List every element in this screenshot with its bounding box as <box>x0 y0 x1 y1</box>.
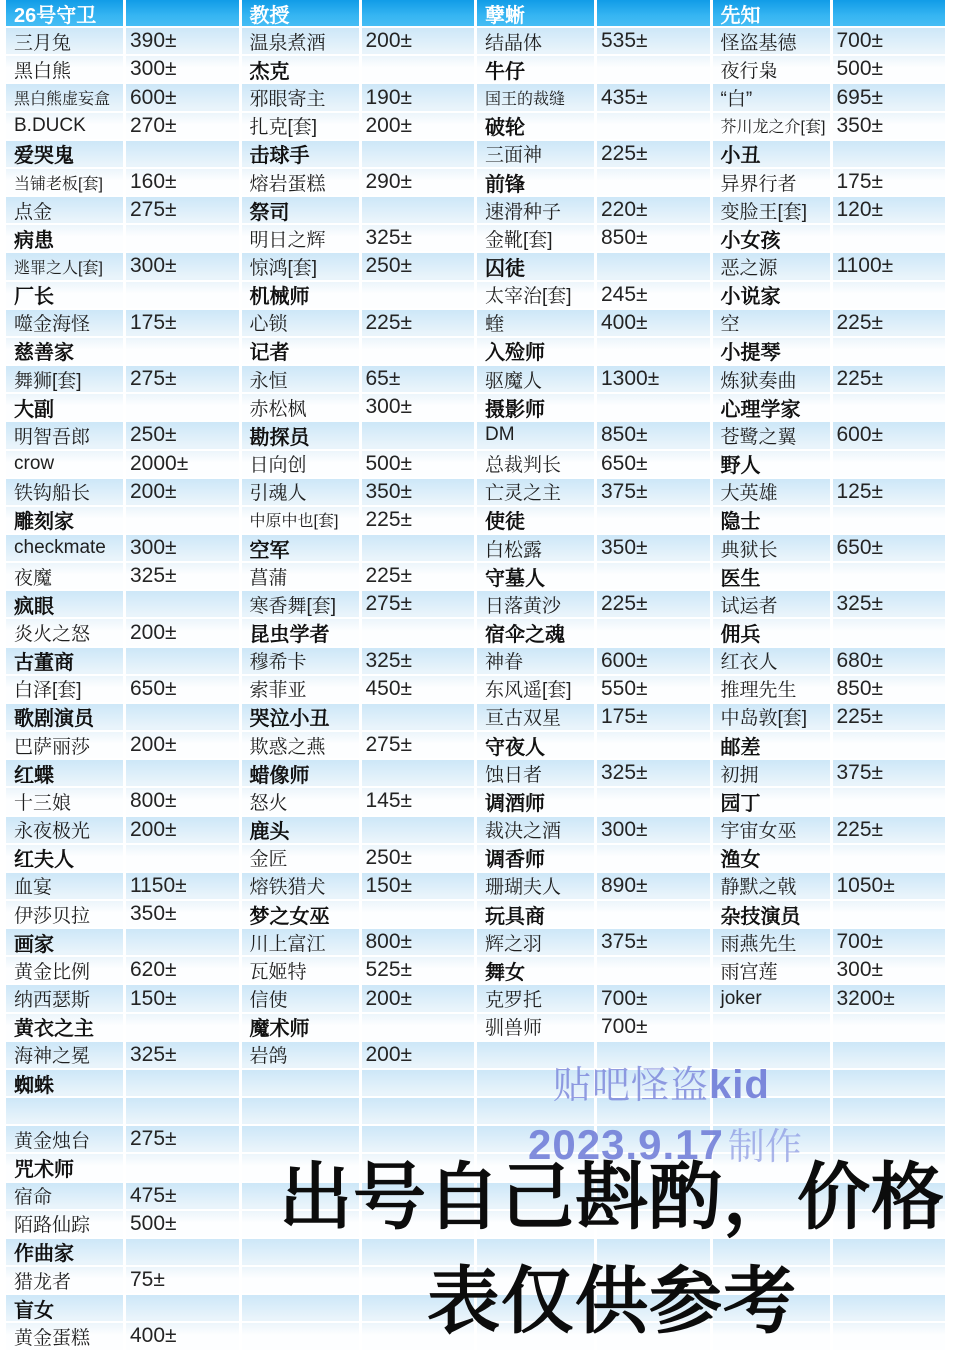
category-row: 蜘蛛 <box>6 1070 242 1098</box>
skin-row: 陌路仙踪500± <box>6 1211 242 1239</box>
price-cell: 250± <box>362 253 478 281</box>
price-cell <box>362 817 478 845</box>
category-row: 囚徒 <box>477 253 713 281</box>
name-cell: 永夜极光 <box>6 817 126 845</box>
skin-label: 当铺老板[套] <box>14 171 103 194</box>
name-cell: 亘古双星 <box>477 704 597 732</box>
skin-row: 明日之辉325± <box>242 225 478 253</box>
skin-row: 怒火145± <box>242 788 478 816</box>
name-cell: 逃罪之人[套] <box>6 253 126 281</box>
name-cell: joker <box>713 985 833 1013</box>
price-cell: 325± <box>362 225 478 253</box>
skin-label: 川上富江 <box>250 929 326 956</box>
skin-row: 舞狮[套]275± <box>6 366 242 394</box>
price-cell <box>833 619 949 647</box>
name-cell: 爱哭鬼 <box>6 141 126 169</box>
skin-label: 神眷 <box>485 647 523 674</box>
name-cell: 恶之源 <box>713 253 833 281</box>
skin-label: 初拥 <box>721 760 759 787</box>
name-cell: 园丁 <box>713 788 833 816</box>
skin-row: 白泽[套]650± <box>6 676 242 704</box>
price-cell <box>833 394 949 422</box>
price-cell <box>833 141 949 169</box>
price-cell <box>126 648 242 676</box>
empty-row <box>242 1154 478 1182</box>
name-cell: 舞女 <box>477 957 597 985</box>
skin-row: 结晶体535± <box>477 28 713 56</box>
category-row: 黄衣之主 <box>6 1014 242 1042</box>
empty-row <box>242 1323 478 1351</box>
name-cell: 佣兵 <box>713 619 833 647</box>
skin-label: B.DUCK <box>14 115 86 137</box>
category-label: 爱哭鬼 <box>14 139 74 168</box>
price-cell <box>833 1070 949 1098</box>
price-cell: 275± <box>362 732 478 760</box>
skin-label: 扎克[套] <box>250 112 318 139</box>
price-cell: 200± <box>126 619 242 647</box>
empty-row <box>477 1042 713 1070</box>
column-pair-2: 教授温泉煮酒200±杰克邪眼寄主190±扎克[套]200±击球手熔岩蛋糕290±… <box>242 0 478 1352</box>
empty-row <box>242 1183 478 1211</box>
category-label: 园丁 <box>721 787 761 816</box>
price-cell: 850± <box>833 676 949 704</box>
skin-row: 珊瑚夫人890± <box>477 873 713 901</box>
price-cell: 435± <box>597 84 713 112</box>
name-cell: 金靴[套] <box>477 225 597 253</box>
name-cell <box>242 1098 362 1126</box>
price-cell <box>597 901 713 929</box>
category-label: 守夜人 <box>485 731 545 760</box>
name-cell: 陌路仙踪 <box>6 1211 126 1239</box>
category-label: 昆虫学者 <box>250 618 330 647</box>
price-cell <box>833 1126 949 1154</box>
name-cell: 岩鸽 <box>242 1042 362 1070</box>
skin-row: 裁决之酒300± <box>477 817 713 845</box>
name-cell: 红衣人 <box>713 648 833 676</box>
skin-row: 十三娘800± <box>6 788 242 816</box>
price-cell: 350± <box>126 901 242 929</box>
category-row: 鹿头 <box>242 817 478 845</box>
name-cell: B.DUCK <box>6 113 126 141</box>
column-pair-3: 孽蜥结晶体535±牛仔国王的裁缝435±破轮三面神225±前锋速滑种子220±金… <box>477 0 713 1352</box>
empty-row <box>713 1295 949 1323</box>
price-cell <box>362 760 478 788</box>
category-label: 使徒 <box>485 505 525 534</box>
name-cell: 试运者 <box>713 591 833 619</box>
name-cell: 速滑种子 <box>477 197 597 225</box>
price-cell <box>597 1183 713 1211</box>
empty-row <box>477 1098 713 1126</box>
skin-label: 芥川龙之介[套] <box>721 114 826 137</box>
name-cell: 守夜人 <box>477 732 597 760</box>
name-cell: 国王的裁缝 <box>477 84 597 112</box>
name-cell: 纳西瑟斯 <box>6 985 126 1013</box>
skin-label: 克罗托 <box>485 985 542 1012</box>
name-cell: 歌剧演员 <box>6 704 126 732</box>
skin-row: 穆希卡325± <box>242 648 478 676</box>
skin-row: B.DUCK270± <box>6 113 242 141</box>
skin-label: 大英雄 <box>721 478 778 505</box>
price-cell: 300± <box>362 394 478 422</box>
category-label: 破轮 <box>485 111 525 140</box>
skin-label: 金匠 <box>250 844 288 871</box>
category-label: 摄影师 <box>485 393 545 422</box>
price-cell <box>833 788 949 816</box>
category-label: 哭泣小丑 <box>250 702 330 731</box>
name-cell <box>242 1070 362 1098</box>
name-cell: 信使 <box>242 985 362 1013</box>
price-cell <box>126 704 242 732</box>
name-cell <box>477 1267 597 1295</box>
skin-label: 熔岩蛋糕 <box>250 169 326 196</box>
price-cell: 620± <box>126 957 242 985</box>
skin-row: 神眷600± <box>477 648 713 676</box>
name-cell: 异界行者 <box>713 169 833 197</box>
skin-row: DM850± <box>477 422 713 450</box>
skin-row: 海神之冕325± <box>6 1042 242 1070</box>
price-cell: 800± <box>126 788 242 816</box>
name-cell: 典狱长 <box>713 535 833 563</box>
name-cell <box>242 1154 362 1182</box>
skin-row: 中原中也[套]225± <box>242 507 478 535</box>
price-cell <box>597 1211 713 1239</box>
name-cell: 索菲亚 <box>242 676 362 704</box>
skin-row: 亘古双星175± <box>477 704 713 732</box>
empty-row <box>242 1211 478 1239</box>
category-row: 机械师 <box>242 282 478 310</box>
empty-row <box>713 1098 949 1126</box>
name-cell: 巴萨丽莎 <box>6 732 126 760</box>
name-cell: 赤松枫 <box>242 394 362 422</box>
name-cell: 勘探员 <box>242 422 362 450</box>
name-cell: 梦之女巫 <box>242 901 362 929</box>
skin-row: 推理先生850± <box>713 676 949 704</box>
skin-label: 点金 <box>14 197 52 224</box>
category-row: 慈善家 <box>6 338 242 366</box>
skin-label: 海神之冕 <box>14 1041 90 1068</box>
category-row: 咒术师 <box>6 1154 242 1182</box>
price-cell <box>362 1239 478 1267</box>
skin-label: 心锁 <box>250 309 288 336</box>
skin-row: 三月兔390± <box>6 28 242 56</box>
skin-label: 裁决之酒 <box>485 816 561 843</box>
price-cell <box>362 197 478 225</box>
name-cell: 雨燕先生 <box>713 929 833 957</box>
name-cell: “白” <box>713 84 833 112</box>
skin-row: 白松露350± <box>477 535 713 563</box>
price-cell <box>597 957 713 985</box>
category-row: 盲女 <box>6 1295 242 1323</box>
name-cell: 厂长 <box>6 282 126 310</box>
name-cell: 铁钩船长 <box>6 479 126 507</box>
empty-row <box>477 1070 713 1098</box>
name-cell: 魔术师 <box>242 1014 362 1042</box>
category-row: 佣兵 <box>713 619 949 647</box>
skin-label: 亡灵之主 <box>485 478 561 505</box>
skin-label: 引魂人 <box>250 478 307 505</box>
price-cell <box>126 282 242 310</box>
price-cell <box>362 338 478 366</box>
skin-label: 结晶体 <box>485 28 542 55</box>
price-cell <box>597 1070 713 1098</box>
skin-label: 夜行枭 <box>721 56 778 83</box>
name-cell: 病患 <box>6 225 126 253</box>
empty-row <box>713 1014 949 1042</box>
name-cell: 空军 <box>242 535 362 563</box>
empty-row <box>477 1154 713 1182</box>
price-cell <box>362 1098 478 1126</box>
name-cell: checkmate <box>6 535 126 563</box>
category-row: 医生 <box>713 563 949 591</box>
price-cell <box>362 1267 478 1295</box>
name-cell: 邮差 <box>713 732 833 760</box>
price-cell: 300± <box>833 957 949 985</box>
column-header-row: 孽蜥 <box>477 0 713 28</box>
price-cell: 375± <box>597 479 713 507</box>
category-row: 杂技演员 <box>713 901 949 929</box>
skin-label: joker <box>721 988 762 1010</box>
price-cell: 150± <box>126 985 242 1013</box>
price-cell: 600± <box>597 648 713 676</box>
price-cell <box>597 1154 713 1182</box>
price-cell: 200± <box>362 1042 478 1070</box>
skin-row: 铁钩船长200± <box>6 479 242 507</box>
name-cell <box>713 1070 833 1098</box>
column-header-label: 孽蜥 <box>477 0 597 28</box>
name-cell <box>242 1211 362 1239</box>
name-cell: 惊鸿[套] <box>242 253 362 281</box>
skin-label: 变脸王[套] <box>721 197 808 224</box>
column-header-spacer <box>362 0 478 28</box>
name-cell: 大副 <box>6 394 126 422</box>
name-cell: 宿伞之魂 <box>477 619 597 647</box>
skin-label: checkmate <box>14 537 106 559</box>
price-cell <box>362 535 478 563</box>
name-cell <box>242 1183 362 1211</box>
skin-label: 炎火之怒 <box>14 619 90 646</box>
price-cell: 1300± <box>597 366 713 394</box>
price-cell <box>597 619 713 647</box>
category-label: 祭司 <box>250 196 290 225</box>
name-cell <box>713 1323 833 1351</box>
category-row: 摄影师 <box>477 394 713 422</box>
name-cell: 金匠 <box>242 845 362 873</box>
skin-row: 引魂人350± <box>242 479 478 507</box>
category-row: 舞女 <box>477 957 713 985</box>
price-cell <box>126 1154 242 1182</box>
skin-row: 东风遥[套]550± <box>477 676 713 704</box>
skin-label: 白松露 <box>485 535 542 562</box>
category-row: 雕刻家 <box>6 507 242 535</box>
name-cell: 破轮 <box>477 113 597 141</box>
skin-label: 逃罪之人[套] <box>14 255 103 278</box>
price-cell: 680± <box>833 648 949 676</box>
price-cell: 245± <box>597 282 713 310</box>
name-cell: 渔女 <box>713 845 833 873</box>
category-label: 隐士 <box>721 505 761 534</box>
skin-label: 三月兔 <box>14 28 71 55</box>
category-row: 蜡像师 <box>242 760 478 788</box>
category-label: 疯眼 <box>14 590 54 619</box>
price-cell: 325± <box>362 648 478 676</box>
empty-row <box>477 1295 713 1323</box>
name-cell: 永恒 <box>242 366 362 394</box>
price-cell <box>126 1239 242 1267</box>
skin-row: 雨宫莲300± <box>713 957 949 985</box>
category-label: 邮差 <box>721 731 761 760</box>
name-cell: 摄影师 <box>477 394 597 422</box>
price-cell: 525± <box>362 957 478 985</box>
empty-row <box>713 1323 949 1351</box>
price-cell: 225± <box>362 310 478 338</box>
price-cell: 3200± <box>833 985 949 1013</box>
name-cell <box>477 1295 597 1323</box>
price-cell <box>597 1042 713 1070</box>
price-cell: 390± <box>126 28 242 56</box>
name-cell: 作曲家 <box>6 1239 126 1267</box>
category-label: 入殓师 <box>485 336 545 365</box>
category-label: 渔女 <box>721 843 761 872</box>
skin-label: crow <box>14 453 54 475</box>
price-cell <box>362 422 478 450</box>
price-cell: 325± <box>126 1042 242 1070</box>
name-cell: 咒术师 <box>6 1154 126 1182</box>
name-cell: 黄金烛台 <box>6 1126 126 1154</box>
category-row: 勘探员 <box>242 422 478 450</box>
category-label: 大副 <box>14 393 54 422</box>
name-cell <box>242 1239 362 1267</box>
skin-label: 黄金蛋糕 <box>14 1323 90 1350</box>
price-cell <box>833 1211 949 1239</box>
price-cell <box>126 1070 242 1098</box>
name-cell: 熔岩蛋糕 <box>242 169 362 197</box>
name-cell: 蝰 <box>477 310 597 338</box>
name-cell: 调香师 <box>477 845 597 873</box>
skin-label: 黄金比例 <box>14 957 90 984</box>
name-cell: 东风遥[套] <box>477 676 597 704</box>
name-cell: 总裁判长 <box>477 451 597 479</box>
empty-row <box>477 1323 713 1351</box>
name-cell <box>713 1098 833 1126</box>
category-row: 小提琴 <box>713 338 949 366</box>
price-cell <box>597 563 713 591</box>
skin-label: 明日之辉 <box>250 225 326 252</box>
skin-row: 亡灵之主375± <box>477 479 713 507</box>
skin-label: 推理先生 <box>721 675 797 702</box>
column-header-row: 26号守卫 <box>6 0 242 28</box>
skin-label: 典狱长 <box>721 535 778 562</box>
category-row: 渔女 <box>713 845 949 873</box>
name-cell: 明日之辉 <box>242 225 362 253</box>
name-cell: crow <box>6 451 126 479</box>
name-cell: 隐士 <box>713 507 833 535</box>
price-cell <box>833 1098 949 1126</box>
empty-row <box>713 1154 949 1182</box>
skin-row: 金靴[套]850± <box>477 225 713 253</box>
category-label: 舞女 <box>485 956 525 985</box>
name-cell: 蜡像师 <box>242 760 362 788</box>
price-cell: 500± <box>833 56 949 84</box>
name-cell <box>242 1126 362 1154</box>
price-cell: 200± <box>126 479 242 507</box>
skin-label: 驱魔人 <box>485 366 542 393</box>
price-cell <box>126 929 242 957</box>
price-cell: 375± <box>833 760 949 788</box>
skin-label: 苍鹭之翼 <box>721 422 797 449</box>
price-cell: 600± <box>833 422 949 450</box>
name-cell <box>477 1070 597 1098</box>
name-cell: 机械师 <box>242 282 362 310</box>
category-row: 古董商 <box>6 648 242 676</box>
skin-row: 驱魔人1300± <box>477 366 713 394</box>
skin-row: 温泉煮酒200± <box>242 28 478 56</box>
price-cell: 190± <box>362 84 478 112</box>
price-cell <box>833 1014 949 1042</box>
skin-row: 国王的裁缝435± <box>477 84 713 112</box>
name-cell: 推理先生 <box>713 676 833 704</box>
price-cell: 1100± <box>833 253 949 281</box>
skin-label: 空 <box>721 309 740 336</box>
category-label: 咒术师 <box>14 1153 74 1182</box>
price-cell: 1150± <box>126 873 242 901</box>
name-cell <box>477 1183 597 1211</box>
empty-row <box>477 1267 713 1295</box>
name-cell: 黄衣之主 <box>6 1014 126 1042</box>
skin-label: 欺惑之燕 <box>250 732 326 759</box>
price-cell <box>362 704 478 732</box>
skin-row: 心锁225± <box>242 310 478 338</box>
category-row: 祭司 <box>242 197 478 225</box>
price-cell: 475± <box>126 1183 242 1211</box>
name-cell: 血宴 <box>6 873 126 901</box>
category-label: 画家 <box>14 928 54 957</box>
skin-label: 日落黄沙 <box>485 591 561 618</box>
category-row: 杰克 <box>242 56 478 84</box>
skin-row: 黄金比例620± <box>6 957 242 985</box>
empty-row <box>477 1126 713 1154</box>
skin-row: 中岛敦[套]225± <box>713 704 949 732</box>
price-cell: 225± <box>597 141 713 169</box>
price-cell <box>597 1239 713 1267</box>
category-row: 小说家 <box>713 282 949 310</box>
skin-label: 菖蒲 <box>250 563 288 590</box>
skin-label: 亘古双星 <box>485 703 561 730</box>
price-cell: 120± <box>833 197 949 225</box>
price-cell: 200± <box>126 732 242 760</box>
name-cell: 小女孩 <box>713 225 833 253</box>
category-label: 红蝶 <box>14 759 54 788</box>
skin-row: 苍鹭之翼600± <box>713 422 949 450</box>
empty-row <box>242 1239 478 1267</box>
price-cell <box>362 141 478 169</box>
skin-label: 东风遥[套] <box>485 675 572 702</box>
price-cell: 700± <box>833 929 949 957</box>
price-cell <box>833 507 949 535</box>
category-label: 勘探员 <box>250 421 310 450</box>
skin-label: 怒火 <box>250 788 288 815</box>
price-cell: 175± <box>833 169 949 197</box>
empty-row <box>713 1211 949 1239</box>
category-row: 画家 <box>6 929 242 957</box>
price-cell: 200± <box>362 985 478 1013</box>
name-cell <box>713 1267 833 1295</box>
skin-label: 信使 <box>250 985 288 1012</box>
skin-row: 初拥375± <box>713 760 949 788</box>
empty-row <box>477 1183 713 1211</box>
price-cell: 700± <box>597 985 713 1013</box>
name-cell: 克罗托 <box>477 985 597 1013</box>
price-cell: 2000± <box>126 451 242 479</box>
